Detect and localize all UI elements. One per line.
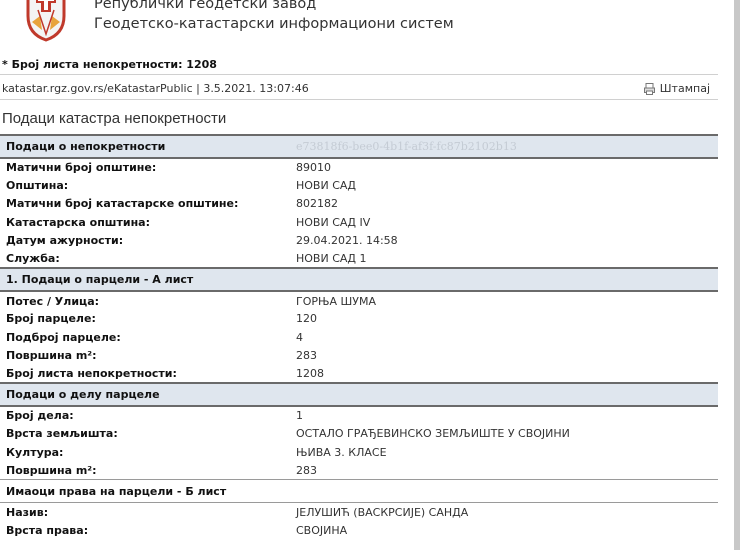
agency-line-1: Републички геодетски завод — [94, 0, 454, 14]
print-button[interactable]: Штампај — [644, 82, 710, 95]
table-row: Површина m²:283 — [0, 461, 718, 479]
row-value: 283 — [290, 347, 718, 365]
row-label: Подброј парцеле: — [0, 328, 290, 346]
section-title: Подаци о делу парцеле — [0, 383, 718, 406]
source-url-timestamp: katastar.rgz.gov.rs/eKatastarPublic | 3.… — [2, 82, 309, 95]
row-label: Потес / Улица: — [0, 291, 290, 309]
row-value: ЊИВА 3. КЛАСЕ — [290, 443, 718, 461]
row-value: 89010 — [290, 158, 718, 176]
row-value: 4 — [290, 328, 718, 346]
row-value: НОВИ САД — [290, 176, 718, 194]
table-row: Култура:ЊИВА 3. КЛАСЕ — [0, 443, 718, 461]
table-row: Површина m²:283 — [0, 347, 718, 365]
row-label: Општина: — [0, 176, 290, 194]
row-label: Назив: — [0, 503, 290, 521]
row-value: 29.04.2021. 14:58 — [290, 232, 718, 250]
section-title: 1. Подаци о парцели - А лист — [0, 268, 718, 291]
row-value: 1208 — [290, 365, 718, 383]
row-value: 802182 — [290, 195, 718, 213]
table-row: Број дела:1 — [0, 406, 718, 424]
section-header-owners: Имаоци права на парцели - Б лист — [0, 480, 718, 503]
coat-of-arms-icon — [24, 0, 68, 42]
row-value: ГОРЊА ШУМА — [290, 291, 718, 309]
row-label: Број парцеле: — [0, 310, 290, 328]
table-row: Подброј парцеле:4 — [0, 328, 718, 346]
row-value: 1 — [290, 406, 718, 424]
table-row: Назив:ЈЕЛУШИЋ (ВАСКРСИЈЕ) САНДА — [0, 503, 718, 521]
table-row: Број листа непокретности:1208 — [0, 365, 718, 383]
section-header-parcel-part: Подаци о делу парцеле — [0, 383, 718, 406]
row-value: 120 — [290, 310, 718, 328]
row-value: ЈЕЛУШИЋ (ВАСКРСИЈЕ) САНДА — [290, 503, 718, 521]
row-value: 283 — [290, 461, 718, 479]
divider — [0, 99, 718, 100]
section-title: Подаци о непокретности — [0, 135, 290, 158]
table-row: Општина:НОВИ САД — [0, 176, 718, 194]
row-label: Врста земљишта: — [0, 425, 290, 443]
sheet-number-heading: * Број листа непокретности: 1208 — [2, 58, 217, 71]
table-row: Врста земљишта:ОСТАЛО ГРАЂЕВИНСКО ЗЕМЉИШ… — [0, 425, 718, 443]
table-row: Датум ажурности:29.04.2021. 14:58 — [0, 232, 718, 250]
page-title: Подаци катастра непокретности — [2, 110, 226, 127]
printer-icon — [644, 83, 655, 95]
vertical-scrollbar[interactable] — [734, 0, 740, 550]
table-row: Матични број општине:89010 — [0, 158, 718, 176]
row-label: Број дела: — [0, 406, 290, 424]
cadastre-data-table: Подаци о непокретности e73818f6-bee0-4b1… — [0, 134, 718, 540]
table-row: Број парцеле:120 — [0, 310, 718, 328]
table-row: Потес / Улица:ГОРЊА ШУМА — [0, 291, 718, 309]
divider — [0, 74, 718, 75]
row-value: НОВИ САД IV — [290, 213, 718, 231]
agency-header: Републички геодетски завод Геодетско-кат… — [0, 0, 734, 52]
agency-name: Републички геодетски завод Геодетско-кат… — [94, 0, 454, 34]
row-label: Матични број катастарске општине: — [0, 195, 290, 213]
row-value: НОВИ САД 1 — [290, 250, 718, 268]
section-header-property: Подаци о непокретности e73818f6-bee0-4b1… — [0, 135, 718, 158]
row-label: Датум ажурности: — [0, 232, 290, 250]
table-row: Врста права:СВОЈИНА — [0, 521, 718, 539]
agency-line-2: Геодетско-катастарски информациони систе… — [94, 14, 454, 34]
section-header-parcel: 1. Подаци о парцели - А лист — [0, 268, 718, 291]
row-label: Површина m²: — [0, 347, 290, 365]
row-value: СВОЈИНА — [290, 521, 718, 539]
table-row: Матични број катастарске општине:802182 — [0, 195, 718, 213]
row-value: ОСТАЛО ГРАЂЕВИНСКО ЗЕМЉИШТЕ У СВОЈИНИ — [290, 425, 718, 443]
table-row: Катастарска општина:НОВИ САД IV — [0, 213, 718, 231]
section-title: Имаоци права на парцели - Б лист — [0, 480, 718, 503]
print-label: Штампај — [660, 82, 710, 95]
row-label: Врста права: — [0, 521, 290, 539]
row-label: Број листа непокретности: — [0, 365, 290, 383]
row-label: Служба: — [0, 250, 290, 268]
row-label: Површина m²: — [0, 461, 290, 479]
cadastre-page: Републички геодетски завод Геодетско-кат… — [0, 0, 734, 550]
row-label: Катастарска општина: — [0, 213, 290, 231]
row-label: Матични број општине: — [0, 158, 290, 176]
property-guid: e73818f6-bee0-4b1f-af3f-fc87b2102b13 — [290, 135, 718, 158]
row-label: Култура: — [0, 443, 290, 461]
table-row: Служба:НОВИ САД 1 — [0, 250, 718, 268]
